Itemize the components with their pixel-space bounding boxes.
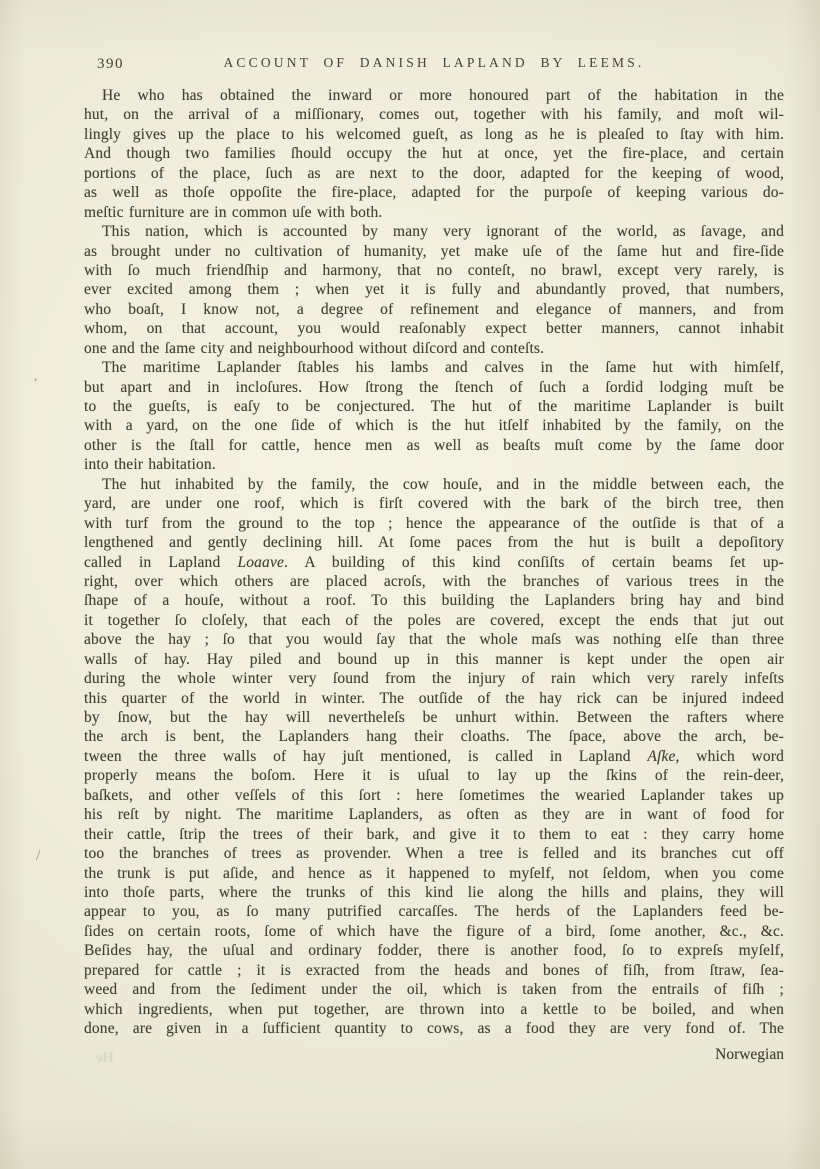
text-line: above the hay ; ſo that you would ſay th… <box>84 630 784 649</box>
text-line: lingly gives up the place to his welcome… <box>84 125 784 144</box>
text-line: baſkets, and other veſſels of this ſort … <box>84 786 784 805</box>
text-line: ſhape of a houſe, without a roof. To thi… <box>84 591 784 610</box>
text-line: but apart and in incloſures. How ſtrong … <box>84 378 784 397</box>
text-line: right, over which others are placed acro… <box>84 572 784 591</box>
text-line: one and the ſame city and neighbourhood … <box>84 339 784 358</box>
page-text: He who has obtained the inward or more h… <box>84 86 784 1038</box>
text-line: done, are given in a ſufficient quantity… <box>84 1019 784 1038</box>
text-line: as brought under no cultivation of human… <box>84 242 784 261</box>
text-line: properly means the boſom. Here it is uſu… <box>84 766 784 785</box>
text-line: ſides on certain roots, ſome of which ha… <box>84 922 784 941</box>
ink-speck: / <box>36 848 40 865</box>
text-line: And though two families ſhould occupy th… <box>84 144 784 163</box>
text-line: hut, on the arrival of a miſſionary, com… <box>84 105 784 124</box>
text-line: portions of the place, ſuch as are next … <box>84 164 784 183</box>
text-line: ever excited among them ; when yet it is… <box>84 280 784 299</box>
book-page: 390 ACCOUNT OF DANISH LAPLAND BY LEEMS. … <box>0 0 820 1169</box>
text-line: with a yard, on the one ſide of which is… <box>84 416 784 435</box>
text-line: lengthened and gently declining hill. At… <box>84 533 784 552</box>
text-line: his reſt by night. The maritime Laplande… <box>84 805 784 824</box>
text-line: whom, on that account, you would reaſona… <box>84 319 784 338</box>
text-line: as well as thoſe oppoſite the fire-place… <box>84 183 784 202</box>
text-line: weed and from the ſediment under the oil… <box>84 980 784 999</box>
text-line: it together ſo cloſely, that each of the… <box>84 611 784 630</box>
show-through-text: He <box>96 1050 114 1067</box>
text-line: walls of hay. Hay piled and bound up in … <box>84 650 784 669</box>
text-line: He who has obtained the inward or more h… <box>84 86 784 105</box>
text-line: with ſo much friendſhip and harmony, tha… <box>84 261 784 280</box>
text-line: into their habitation. <box>84 455 784 474</box>
running-head: ACCOUNT OF DANISH LAPLAND BY LEEMS. <box>84 55 784 71</box>
text-line: meſtic furniture are in common uſe with … <box>84 203 784 222</box>
ink-speck: , <box>34 368 37 384</box>
page-header: 390 ACCOUNT OF DANISH LAPLAND BY LEEMS. <box>84 55 784 79</box>
text-line: other is the ſtall for cattle, hence men… <box>84 436 784 455</box>
text-line: which ingredients, when put together, ar… <box>84 1000 784 1019</box>
text-line: appear to you, as ſo many putrified carc… <box>84 902 784 921</box>
text-line: into thoſe parts, where the trunks of th… <box>84 883 784 902</box>
text-line: prepared for cattle ; it is exracted fro… <box>84 961 784 980</box>
text-line: their cattle, ſtrip the trees of their b… <box>84 825 784 844</box>
text-line: with turf from the ground to the top ; h… <box>84 514 784 533</box>
text-line: during the whole winter very ſound from … <box>84 669 784 688</box>
text-line: by ſnow, but the hay will nevertheleſs b… <box>84 708 784 727</box>
text-line: this quarter of the world in winter. The… <box>84 689 784 708</box>
text-line: who boaſt, I know not, a degree of refin… <box>84 300 784 319</box>
text-line: The hut inhabited by the family, the cow… <box>84 475 784 494</box>
text-line: the trunk is put aſide, and hence as it … <box>84 864 784 883</box>
text-line: The maritime Laplander ſtables his lambs… <box>84 358 784 377</box>
text-line: called in Lapland Loaave. A building of … <box>84 553 784 572</box>
text-line: This nation, which is accounted by many … <box>84 222 784 241</box>
text-line: too the branches of trees as provender. … <box>84 844 784 863</box>
text-line: to the gueſts, is eaſy to be conjectured… <box>84 397 784 416</box>
text-line: the arch is bent, the Laplanders hang th… <box>84 727 784 746</box>
catchword: Norwegian <box>84 1046 786 1064</box>
text-line: yard, are under one roof, which is firſt… <box>84 494 784 513</box>
text-line: tween the three walls of hay juſt mentio… <box>84 747 784 766</box>
text-line: Beſides hay, the uſual and ordinary fodd… <box>84 941 784 960</box>
